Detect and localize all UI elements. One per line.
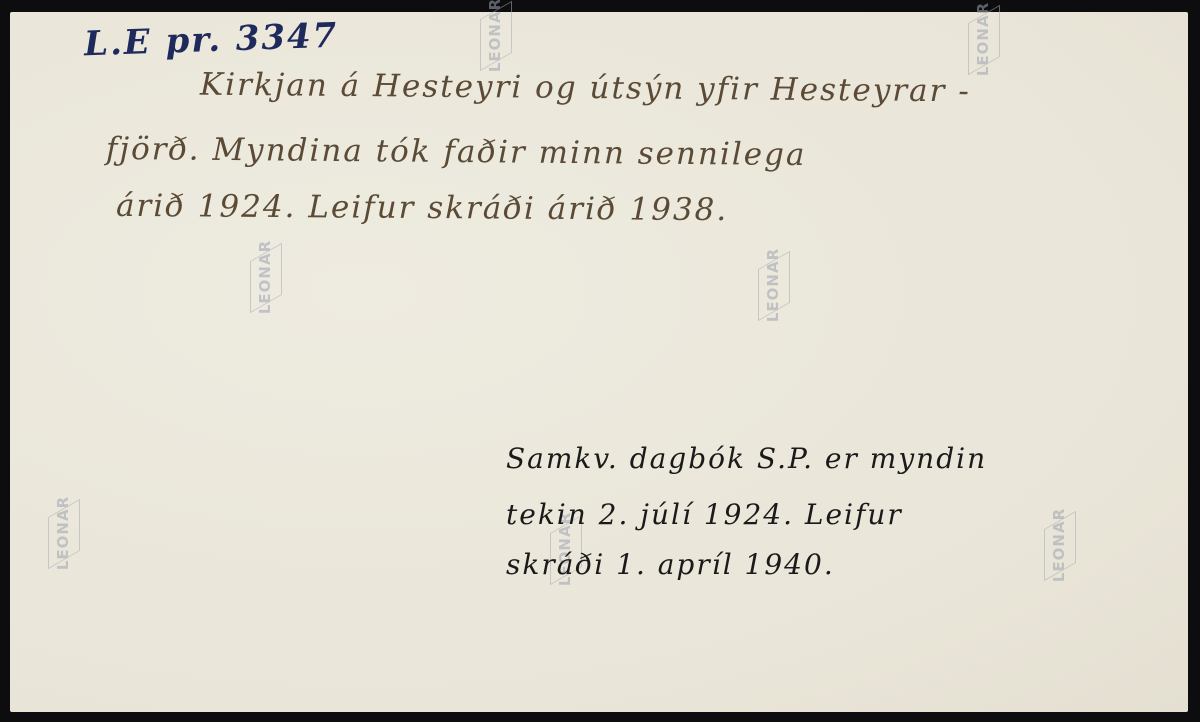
leonar-watermark: LEONAR: [750, 248, 800, 328]
secondary-note-line-2: tekin 2. júlí 1924. Leifur: [506, 498, 903, 531]
photo-card-back: LEONAR LEONAR LEONAR LEONAR LEONAR LEONA…: [10, 12, 1188, 712]
leonar-watermark: LEONAR: [472, 0, 522, 78]
catalog-number: L.E pr. 3347: [83, 16, 339, 65]
main-note-line-2: fjörð. Myndina tók faðir minn sennilega: [106, 131, 807, 173]
leonar-watermark: LEONAR: [1036, 508, 1086, 588]
secondary-note-line-1: Samkv. dagbók S.P. er myndin: [506, 442, 987, 475]
leonar-watermark: LEONAR: [40, 496, 90, 576]
leonar-watermark: LEONAR: [960, 2, 1010, 82]
leonar-watermark: LEONAR: [242, 240, 292, 320]
secondary-note-line-3: skráði 1. apríl 1940.: [506, 548, 835, 581]
main-note-line-1: Kirkjan á Hesteyri og útsýn yfir Hesteyr…: [200, 67, 971, 110]
main-note-line-3: árið 1924. Leifur skráði árið 1938.: [116, 188, 728, 228]
